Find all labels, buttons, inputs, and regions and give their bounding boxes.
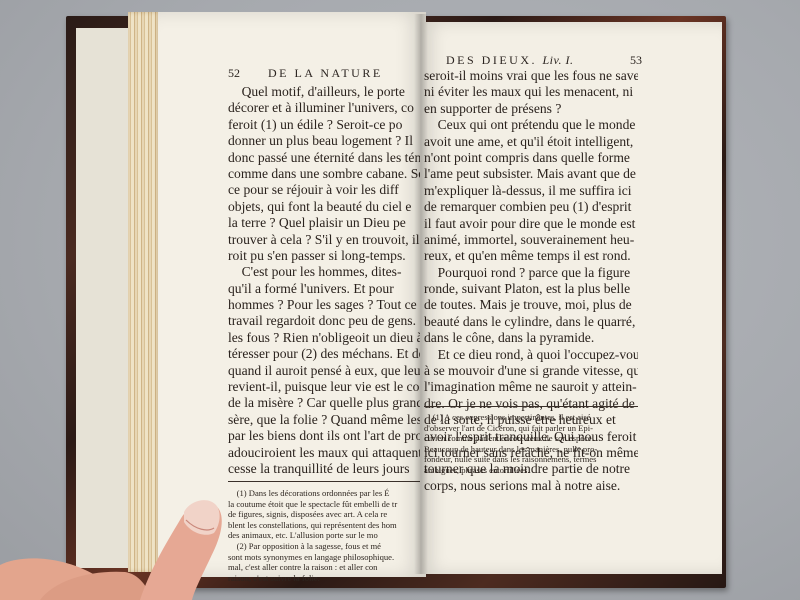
hand-holding-page: [0, 0, 800, 600]
